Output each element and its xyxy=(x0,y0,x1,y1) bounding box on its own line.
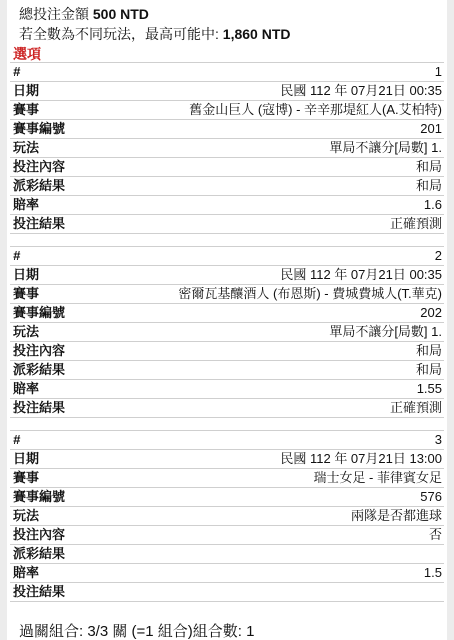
row-value: 舊金山巨人 (寇博) - 辛辛那堤紅人(A.艾柏特) xyxy=(189,101,442,119)
table-row-date: 日期民國 112 年 07月21日 13:00 xyxy=(10,450,444,469)
table-row-payout_result: 派彩結果 xyxy=(10,545,444,564)
table-row-odds: 賠率1.6 xyxy=(10,196,444,215)
table-row-event: 賽事密爾瓦基釀酒人 (布恩斯) - 費城費城人(T.華克) xyxy=(10,285,444,304)
table-row-event: 賽事瑞士女足 - 菲律賓女足 xyxy=(10,469,444,488)
row-value: 3 xyxy=(435,431,442,449)
row-label: 賽事編號 xyxy=(13,488,65,506)
row-label: 賽事編號 xyxy=(13,304,65,322)
row-value: 民國 112 年 07月21日 00:35 xyxy=(280,266,442,284)
row-value: 正確預測 xyxy=(390,399,442,417)
row-value: 1 xyxy=(435,63,442,81)
row-value: 民國 112 年 07月21日 13:00 xyxy=(280,450,442,468)
row-label: 玩法 xyxy=(13,507,39,525)
options-section-title: 選項 xyxy=(7,46,447,62)
row-value: 和局 xyxy=(416,361,442,379)
row-value: 單局不讓分[局數] 1. xyxy=(329,139,442,157)
row-label: 投注結果 xyxy=(13,399,65,417)
table-row-date: 日期民國 112 年 07月21日 00:35 xyxy=(10,82,444,101)
row-label: 派彩結果 xyxy=(13,545,65,563)
row-value: 和局 xyxy=(416,342,442,360)
table-row-odds: 賠率1.5 xyxy=(10,564,444,583)
table-row-odds: 賠率1.55 xyxy=(10,380,444,399)
row-label: 玩法 xyxy=(13,323,39,341)
parlay-summary: 過關組合: 3/3 關 (=1 組合)組合數: 1 xyxy=(7,614,447,640)
row-label: 賠率 xyxy=(13,380,39,398)
table-row-num: #1 xyxy=(10,63,444,82)
row-value: 和局 xyxy=(416,177,442,195)
row-value: 202 xyxy=(420,304,442,322)
table-row-bet_content: 投注內容和局 xyxy=(10,158,444,177)
table-row-event: 賽事舊金山巨人 (寇博) - 辛辛那堤紅人(A.艾柏特) xyxy=(10,101,444,120)
row-label: # xyxy=(13,247,20,265)
row-value: 瑞士女足 - 菲律賓女足 xyxy=(313,469,442,487)
max-win-line: 若全數為不同玩法，最高可能中: 1,860 NTD xyxy=(7,24,447,44)
selections: #1日期民國 112 年 07月21日 00:35賽事舊金山巨人 (寇博) - … xyxy=(7,62,447,602)
row-label: 派彩結果 xyxy=(13,361,65,379)
row-label: 投注內容 xyxy=(13,342,65,360)
row-label: 投注結果 xyxy=(13,215,65,233)
table-row-num: #2 xyxy=(10,247,444,266)
row-label: 投注內容 xyxy=(13,526,65,544)
table-row-play_type: 玩法單局不讓分[局數] 1. xyxy=(10,323,444,342)
table-row-event_no: 賽事編號201 xyxy=(10,120,444,139)
table-row-bet_result: 投注結果正確預測 xyxy=(10,215,444,234)
table-row-num: #3 xyxy=(10,431,444,450)
max-win-value: 1,860 NTD xyxy=(223,26,291,42)
table-row-payout_result: 派彩結果和局 xyxy=(10,361,444,380)
table-row-date: 日期民國 112 年 07月21日 00:35 xyxy=(10,266,444,285)
row-label: 玩法 xyxy=(13,139,39,157)
row-value: 正確預測 xyxy=(390,215,442,233)
row-label: 派彩結果 xyxy=(13,177,65,195)
row-value: 2 xyxy=(435,247,442,265)
table-row-payout_result: 派彩結果和局 xyxy=(10,177,444,196)
row-label: 投注結果 xyxy=(13,583,65,601)
row-label: 賽事 xyxy=(13,101,39,119)
table-row-bet_content: 投注內容和局 xyxy=(10,342,444,361)
row-label: # xyxy=(13,431,20,449)
row-value: 和局 xyxy=(416,158,442,176)
row-value: 1.5 xyxy=(424,564,442,582)
selection-card: #1日期民國 112 年 07月21日 00:35賽事舊金山巨人 (寇博) - … xyxy=(10,62,444,234)
table-row-bet_result: 投注結果正確預測 xyxy=(10,399,444,418)
row-value: 否 xyxy=(429,526,442,544)
selection-card: #3日期民國 112 年 07月21日 13:00賽事瑞士女足 - 菲律賓女足賽… xyxy=(10,430,444,602)
total-stake-value: 500 NTD xyxy=(93,6,149,22)
table-row-play_type: 玩法兩隊是否都進球 xyxy=(10,507,444,526)
max-win-label: 若全數為不同玩法，最高可能中: xyxy=(19,26,219,42)
bet-slip-screen: 總投注金額 500 NTD 若全數為不同玩法，最高可能中: 1,860 NTD … xyxy=(0,0,454,640)
row-value: 民國 112 年 07月21日 00:35 xyxy=(280,82,442,100)
row-value: 密爾瓦基釀酒人 (布恩斯) - 費城費城人(T.華克) xyxy=(178,285,442,303)
table-row-bet_result: 投注結果 xyxy=(10,583,444,602)
total-stake-line: 總投注金額 500 NTD xyxy=(7,4,447,24)
row-label: # xyxy=(13,63,20,81)
row-label: 賽事 xyxy=(13,469,39,487)
table-row-event_no: 賽事編號202 xyxy=(10,304,444,323)
row-label: 日期 xyxy=(13,82,39,100)
row-label: 日期 xyxy=(13,450,39,468)
selection-card: #2日期民國 112 年 07月21日 00:35賽事密爾瓦基釀酒人 (布恩斯)… xyxy=(10,246,444,418)
row-value: 201 xyxy=(420,120,442,138)
table-row-play_type: 玩法單局不讓分[局數] 1. xyxy=(10,139,444,158)
row-label: 投注內容 xyxy=(13,158,65,176)
total-stake-label: 總投注金額 xyxy=(19,6,89,22)
bet-slip-card: 總投注金額 500 NTD 若全數為不同玩法，最高可能中: 1,860 NTD … xyxy=(7,0,447,640)
row-value: 單局不讓分[局數] 1. xyxy=(329,323,442,341)
table-row-bet_content: 投注內容否 xyxy=(10,526,444,545)
row-value: 兩隊是否都進球 xyxy=(351,507,442,525)
row-label: 賽事編號 xyxy=(13,120,65,138)
table-row-event_no: 賽事編號576 xyxy=(10,488,444,507)
header: 總投注金額 500 NTD 若全數為不同玩法，最高可能中: 1,860 NTD … xyxy=(7,4,447,62)
row-value: 1.55 xyxy=(417,380,442,398)
row-value: 1.6 xyxy=(424,196,442,214)
row-label: 賠率 xyxy=(13,564,39,582)
row-label: 日期 xyxy=(13,266,39,284)
row-value: 576 xyxy=(420,488,442,506)
row-label: 賽事 xyxy=(13,285,39,303)
row-label: 賠率 xyxy=(13,196,39,214)
